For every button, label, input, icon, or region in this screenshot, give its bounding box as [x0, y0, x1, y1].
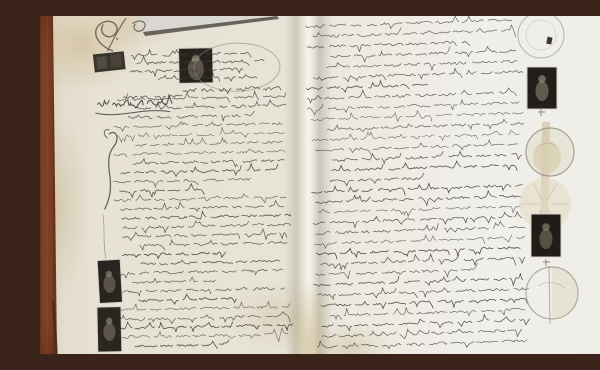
handwriting-line: [119, 183, 204, 198]
portrait-photo: [527, 67, 557, 116]
handwriting-line: [322, 326, 521, 343]
handwriting-line: [113, 178, 250, 188]
handwriting-line: [132, 276, 215, 283]
round-stamp: [518, 16, 564, 58]
wax-blob: [533, 141, 561, 173]
handwriting-line: [121, 210, 291, 221]
handwriting-line: [306, 79, 427, 93]
handwriting-line: [118, 269, 283, 278]
handwriting-line: [312, 24, 515, 43]
handwriting-line: [122, 252, 225, 260]
handwriting-line: [306, 16, 513, 31]
cross-mark: [538, 109, 545, 116]
handwriting-line: [330, 173, 424, 186]
handwriting-line: [135, 340, 229, 350]
handwriting-line: [327, 57, 518, 74]
handwriting-line: [317, 283, 528, 301]
handwriting-line: [311, 180, 522, 198]
handwriting-line: [118, 126, 285, 142]
handwriting-line: [316, 263, 478, 281]
handwriting-line: [322, 313, 530, 331]
handwriting-line: [320, 251, 525, 271]
document-photo: Photograph of an old two-page handwritte…: [40, 16, 600, 354]
right-page-handwriting: [304, 16, 531, 352]
handwriting-line: [136, 100, 286, 110]
handwriting-line: [118, 319, 293, 334]
handwriting-line: [139, 293, 237, 305]
handwriting-line: [121, 163, 278, 177]
handwriting-line: [114, 192, 286, 206]
handwriting-line: [128, 111, 254, 123]
handwriting-line: [121, 200, 284, 213]
handwriting-line: [313, 272, 523, 291]
portrait-photo: [97, 259, 122, 303]
handwriting-line: [316, 190, 522, 209]
handwriting-line: [123, 286, 285, 296]
portrait-photo: [97, 307, 122, 352]
cross-mark: [543, 259, 550, 266]
handwriting-line: [119, 328, 288, 345]
handwriting-line: [316, 139, 518, 156]
handwriting-line: [133, 156, 284, 169]
handwriting-line: [332, 149, 522, 165]
handwriting-line: [321, 296, 527, 311]
calligraphic-flourish: [95, 18, 145, 51]
round-stamp: [526, 266, 578, 324]
page-edge-shadow: [53, 301, 57, 354]
handwriting-line: [330, 45, 515, 63]
handwriting-line: [313, 66, 523, 83]
handwriting-line: [135, 136, 282, 146]
header-line: [183, 86, 281, 94]
handwriting-line: [307, 98, 519, 115]
handwriting-line: [141, 258, 280, 265]
left-page-handwriting: [112, 90, 294, 350]
right-page: [304, 16, 531, 352]
handwriting-line: [314, 232, 524, 249]
handwriting-line: [307, 41, 470, 54]
handwriting-line: [114, 148, 285, 157]
manuscript-artwork: [40, 16, 600, 354]
handwriting-line: [114, 119, 283, 131]
handwriting-line: [118, 301, 290, 312]
handwriting-line: [316, 243, 520, 259]
seal-ribbon-line: [549, 266, 550, 324]
handwriting-line: [118, 312, 291, 326]
ink-stamp: [93, 51, 126, 72]
handwriting-line: [327, 119, 524, 134]
right-margin-items: [518, 16, 578, 324]
handwriting-line: [123, 219, 291, 233]
handwriting-line: [312, 127, 520, 145]
handwriting-line: [140, 238, 287, 251]
handwriting-line: [311, 107, 523, 125]
margin-paraph: [101, 129, 119, 258]
left-page: [91, 16, 294, 352]
handwriting-line: [123, 228, 287, 242]
portrait-photo: [531, 214, 561, 266]
handwriting-line: [315, 221, 524, 237]
handwriting-line: [313, 212, 522, 229]
handwriting-line: [317, 335, 527, 352]
handwriting-line: [331, 159, 517, 176]
